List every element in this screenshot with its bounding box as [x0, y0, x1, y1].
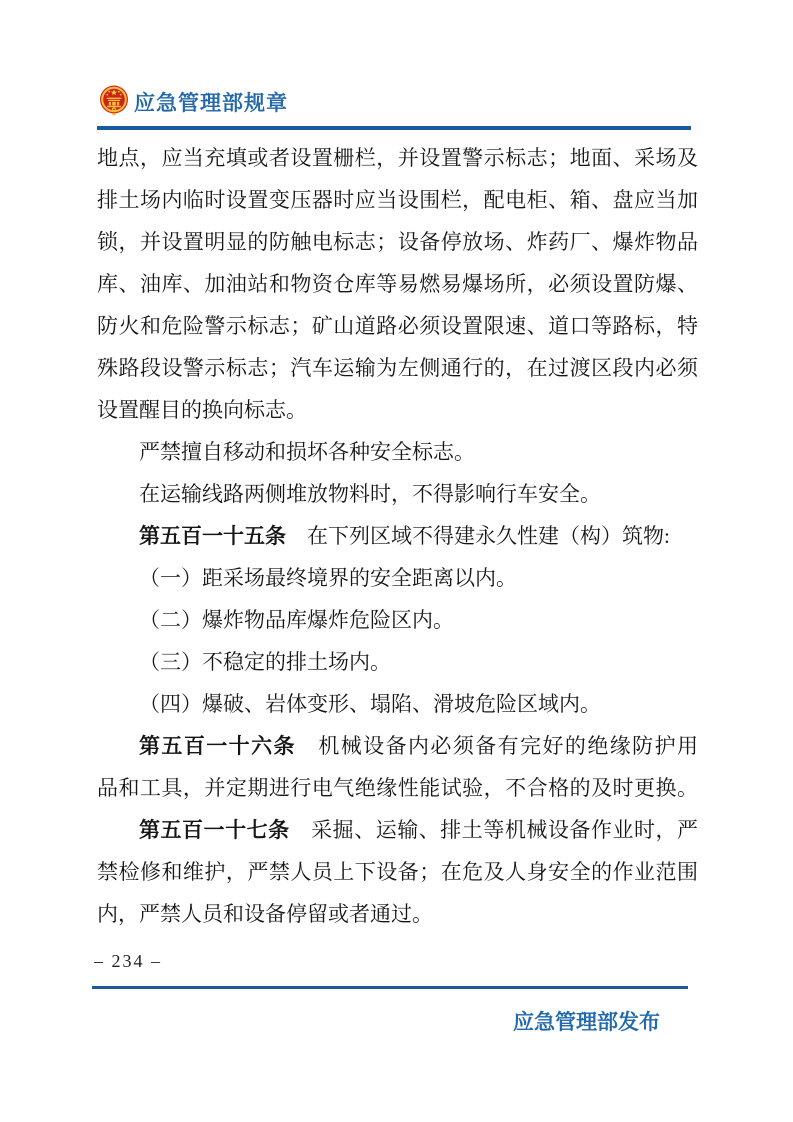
- body-line: （三）不稳定的排土场内。: [97, 641, 698, 683]
- page-number: – 234 –: [94, 951, 162, 972]
- body-line: 锁，并设置明显的防触电标志；设备停放场、炸药厂、爆炸物品: [97, 221, 698, 263]
- header-rule: [97, 126, 691, 130]
- body-line: （二）爆炸物品库爆炸危险区内。: [97, 599, 698, 641]
- article-number: 第五百一十五条: [139, 525, 286, 548]
- body-line: 排土场内临时设置变压器时应当设围栏，配电柜、箱、盘应当加: [97, 179, 698, 221]
- body-line: 在运输线路两侧堆放物料时，不得影响行车安全。: [97, 473, 698, 515]
- regulation-body: 地点，应当充填或者设置栅栏，并设置警示标志；地面、采场及 排土场内临时设置变压器…: [97, 137, 698, 935]
- body-line: 品和工具，并定期进行电气绝缘性能试验，不合格的及时更换。: [97, 767, 698, 809]
- body-line: 设置醒目的换向标志。: [97, 389, 698, 431]
- document-page: 应急管理部规章 地点，应当充填或者设置栅栏，并设置警示标志；地面、采场及 排土场…: [0, 0, 793, 1122]
- body-line: 严禁擅自移动和损坏各种安全标志。: [97, 431, 698, 473]
- article-number: 第五百一十七条: [139, 819, 290, 842]
- body-line: 地点，应当充填或者设置栅栏，并设置警示标志；地面、采场及: [97, 137, 698, 179]
- body-line: 防火和危险警示标志；矿山道路必须设置限速、道口等路标，特: [97, 305, 698, 347]
- body-line: 禁检修和维护，严禁人员上下设备；在危及人身安全的作业范围: [97, 851, 698, 893]
- body-line: （四）爆破、岩体变形、塌陷、滑坡危险区域内。: [97, 683, 698, 725]
- body-line article-516: 第五百一十六条 机械设备内必须备有完好的绝缘防护用: [97, 725, 698, 767]
- body-line: 内，严禁人员和设备停留或者通过。: [97, 893, 698, 935]
- body-line article-515: 第五百一十五条 在下列区域不得建永久性建（构）筑物:: [97, 515, 698, 557]
- header-title: 应急管理部规章: [134, 87, 288, 117]
- body-line: 库、油库、加油站和物资仓库等易燃易爆场所，必须设置防爆、: [97, 263, 698, 305]
- publisher-label: 应急管理部发布: [513, 1006, 660, 1036]
- body-line: （一）距采场最终境界的安全距离以内。: [97, 557, 698, 599]
- body-line: 殊路段设警示标志；汽车运输为左侧通行的，在过渡区段内必须: [97, 347, 698, 389]
- footer-rule: [92, 986, 688, 989]
- china-national-emblem-icon: [99, 84, 129, 116]
- body-line article-517: 第五百一十七条 采掘、运输、排土等机械设备作业时，严: [97, 809, 698, 851]
- article-number: 第五百一十六条: [139, 735, 296, 758]
